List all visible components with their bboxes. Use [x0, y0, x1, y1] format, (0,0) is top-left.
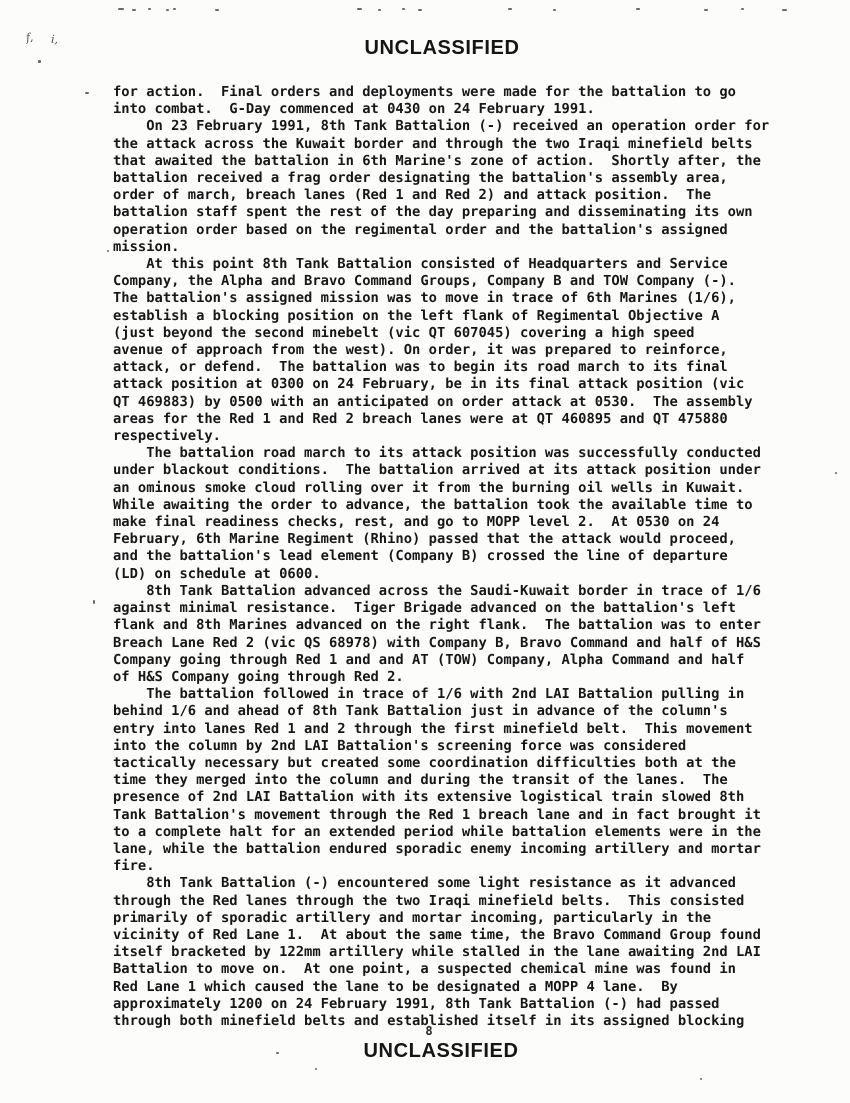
classification-footer: UNCLASSIFIED [16, 1040, 850, 1063]
scan-speck [508, 8, 512, 10]
scan-speck [636, 8, 640, 10]
scan-speck [215, 9, 219, 11]
scan-speck [782, 9, 787, 11]
scan-speck [553, 9, 556, 11]
scan-speck [118, 8, 124, 10]
scan-speck [402, 8, 405, 10]
scan-speck [107, 250, 109, 252]
scan-speck [357, 8, 362, 10]
scan-speck [38, 60, 41, 63]
scan-speck [741, 8, 744, 10]
document-page: f, i, UNCLASSIFIED for action. Final ord… [0, 0, 850, 1103]
scan-speck [93, 600, 95, 604]
page-number: 8 [4, 1024, 850, 1038]
scan-speck [173, 8, 176, 10]
scan-speck [418, 9, 422, 11]
scan-speck [148, 8, 151, 10]
scan-speck [166, 9, 169, 11]
scan-speck [835, 472, 837, 474]
scan-speck [378, 9, 381, 11]
document-body-text: for action. Final orders and deployments… [113, 84, 769, 1030]
scan-speck [132, 9, 136, 11]
scan-speck [85, 92, 89, 94]
scan-speck [704, 9, 708, 11]
classification-header: UNCLASSIFIED [17, 37, 850, 60]
scan-speck [315, 1068, 317, 1070]
scan-speck [700, 1078, 702, 1080]
